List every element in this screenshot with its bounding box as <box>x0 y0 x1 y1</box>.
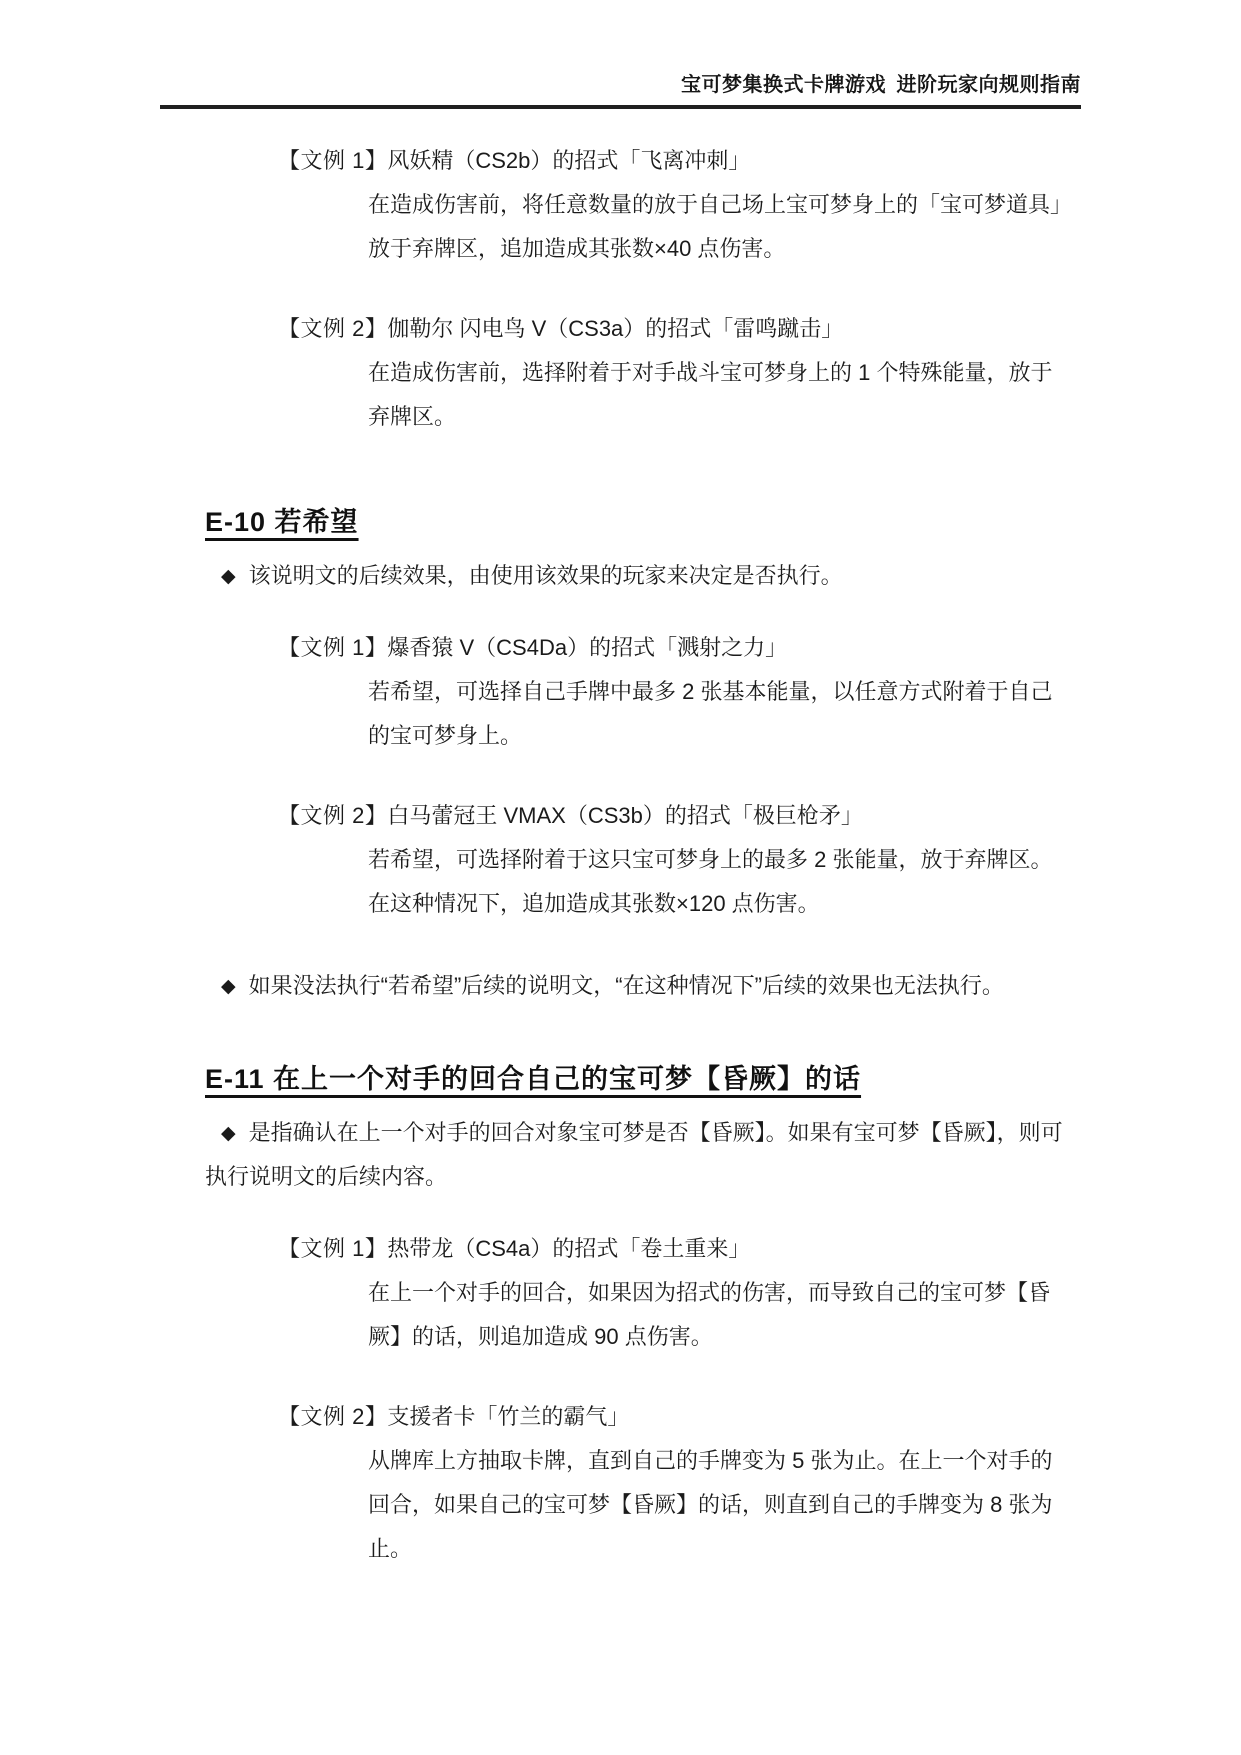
example-block: 【文例 1】爆香猿 V（CS4Da）的招式「溅射之力」 若希望，可选择自己手牌中… <box>278 626 1077 758</box>
example-label: 【文例 2】 <box>278 1404 387 1429</box>
example-body: 若希望，可选择附着于这只宝可梦身上的最多 2 张能量，放于弃牌区。在这种情况下，… <box>368 838 1063 926</box>
header-rule <box>160 105 1081 109</box>
example-block: 【文例 2】支援者卡「竹兰的霸气」 从牌库上方抽取卡牌，直到自己的手牌变为 5 … <box>278 1395 1077 1571</box>
section-heading-e10: E-10 若希望 <box>205 505 359 540</box>
diamond-bullet-icon: ◆ <box>221 976 236 997</box>
heading-row: E-10 若希望 <box>205 475 1077 554</box>
example-title: 白马蕾冠王 VMAX（CS3b）的招式「极巨枪矛」 <box>387 803 863 828</box>
bullet-text: 是指确认在上一个对手的回合对象宝可梦是否【昏厥】。如果有宝可梦【昏厥】，则可执行… <box>205 1120 1063 1189</box>
example-body: 从牌库上方抽取卡牌，直到自己的手牌变为 5 张为止。在上一个对手的回合，如果自己… <box>368 1439 1063 1571</box>
diamond-bullet-icon: ◆ <box>221 566 236 587</box>
document-page: 宝可梦集换式卡牌游戏 进阶玩家向规则指南 【文例 1】风妖精（CS2b）的招式「… <box>0 0 1241 1755</box>
example-title: 伽勒尔 闪电鸟 V（CS3a）的招式「雷鸣蹴击」 <box>387 316 843 341</box>
bullet-text: 该说明文的后续效果，由使用该效果的玩家来决定是否执行。 <box>249 563 843 588</box>
section-e11: E-11 在上一个对手的回合自己的宝可梦【昏厥】的话 ◆是指确认在上一个对手的回… <box>205 1022 1077 1571</box>
example-title: 支援者卡「竹兰的霸气」 <box>387 1404 629 1429</box>
heading-row: E-11 在上一个对手的回合自己的宝可梦【昏厥】的话 <box>205 1022 1077 1111</box>
bullet-item: ◆该说明文的后续效果，由使用该效果的玩家来决定是否执行。 <box>205 554 1077 598</box>
section-intro-examples: 【文例 1】风妖精（CS2b）的招式「飞离冲刺」 在造成伤害前，将任意数量的放于… <box>205 139 1077 439</box>
example-title: 风妖精（CS2b）的招式「飞离冲刺」 <box>387 148 750 173</box>
example-label: 【文例 1】 <box>278 148 387 173</box>
example-body: 在造成伤害前，将任意数量的放于自己场上宝可梦身上的「宝可梦道具」放于弃牌区，追加… <box>368 183 1063 271</box>
example-body: 在上一个对手的回合，如果因为招式的伤害，而导致自己的宝可梦【昏厥】的话，则追加造… <box>368 1271 1063 1359</box>
example-head: 【文例 1】风妖精（CS2b）的招式「飞离冲刺」 <box>278 139 1077 183</box>
diamond-bullet-icon: ◆ <box>221 1123 236 1144</box>
example-head: 【文例 1】爆香猿 V（CS4Da）的招式「溅射之力」 <box>278 626 1077 670</box>
example-block: 【文例 2】伽勒尔 闪电鸟 V（CS3a）的招式「雷鸣蹴击」 在造成伤害前，选择… <box>278 307 1077 439</box>
example-label: 【文例 1】 <box>278 1236 387 1261</box>
example-head: 【文例 2】白马蕾冠王 VMAX（CS3b）的招式「极巨枪矛」 <box>278 794 1077 838</box>
example-head: 【文例 2】伽勒尔 闪电鸟 V（CS3a）的招式「雷鸣蹴击」 <box>278 307 1077 351</box>
section-heading-e11: E-11 在上一个对手的回合自己的宝可梦【昏厥】的话 <box>205 1062 861 1097</box>
example-block: 【文例 2】白马蕾冠王 VMAX（CS3b）的招式「极巨枪矛」 若希望，可选择附… <box>278 794 1077 926</box>
example-body: 若希望，可选择自己手牌中最多 2 张基本能量，以任意方式附着于自己的宝可梦身上。 <box>368 670 1063 758</box>
example-label: 【文例 2】 <box>278 316 387 341</box>
example-label: 【文例 1】 <box>278 635 387 660</box>
example-head: 【文例 2】支援者卡「竹兰的霸气」 <box>278 1395 1077 1439</box>
example-title: 热带龙（CS4a）的招式「卷土重来」 <box>387 1236 750 1261</box>
example-body: 在造成伤害前，选择附着于对手战斗宝可梦身上的 1 个特殊能量，放于弃牌区。 <box>368 351 1063 439</box>
example-title: 爆香猿 V（CS4Da）的招式「溅射之力」 <box>387 635 787 660</box>
header-title: 宝可梦集换式卡牌游戏 进阶玩家向规则指南 <box>160 68 1081 97</box>
example-block: 【文例 1】风妖精（CS2b）的招式「飞离冲刺」 在造成伤害前，将任意数量的放于… <box>278 139 1077 271</box>
example-head: 【文例 1】热带龙（CS4a）的招式「卷土重来」 <box>278 1227 1077 1271</box>
bullet-item: ◆如果没法执行“若希望”后续的说明文，“在这种情况下”后续的效果也无法执行。 <box>205 964 1077 1008</box>
document-body: 【文例 1】风妖精（CS2b）的招式「飞离冲刺」 在造成伤害前，将任意数量的放于… <box>205 139 1077 1571</box>
bullet-text: 如果没法执行“若希望”后续的说明文，“在这种情况下”后续的效果也无法执行。 <box>249 973 1004 998</box>
example-block: 【文例 1】热带龙（CS4a）的招式「卷土重来」 在上一个对手的回合，如果因为招… <box>278 1227 1077 1359</box>
page-header: 宝可梦集换式卡牌游戏 进阶玩家向规则指南 <box>160 0 1081 109</box>
example-label: 【文例 2】 <box>278 803 387 828</box>
bullet-item: ◆是指确认在上一个对手的回合对象宝可梦是否【昏厥】。如果有宝可梦【昏厥】，则可执… <box>205 1111 1077 1199</box>
section-e10: E-10 若希望 ◆该说明文的后续效果，由使用该效果的玩家来决定是否执行。 【文… <box>205 475 1077 1008</box>
